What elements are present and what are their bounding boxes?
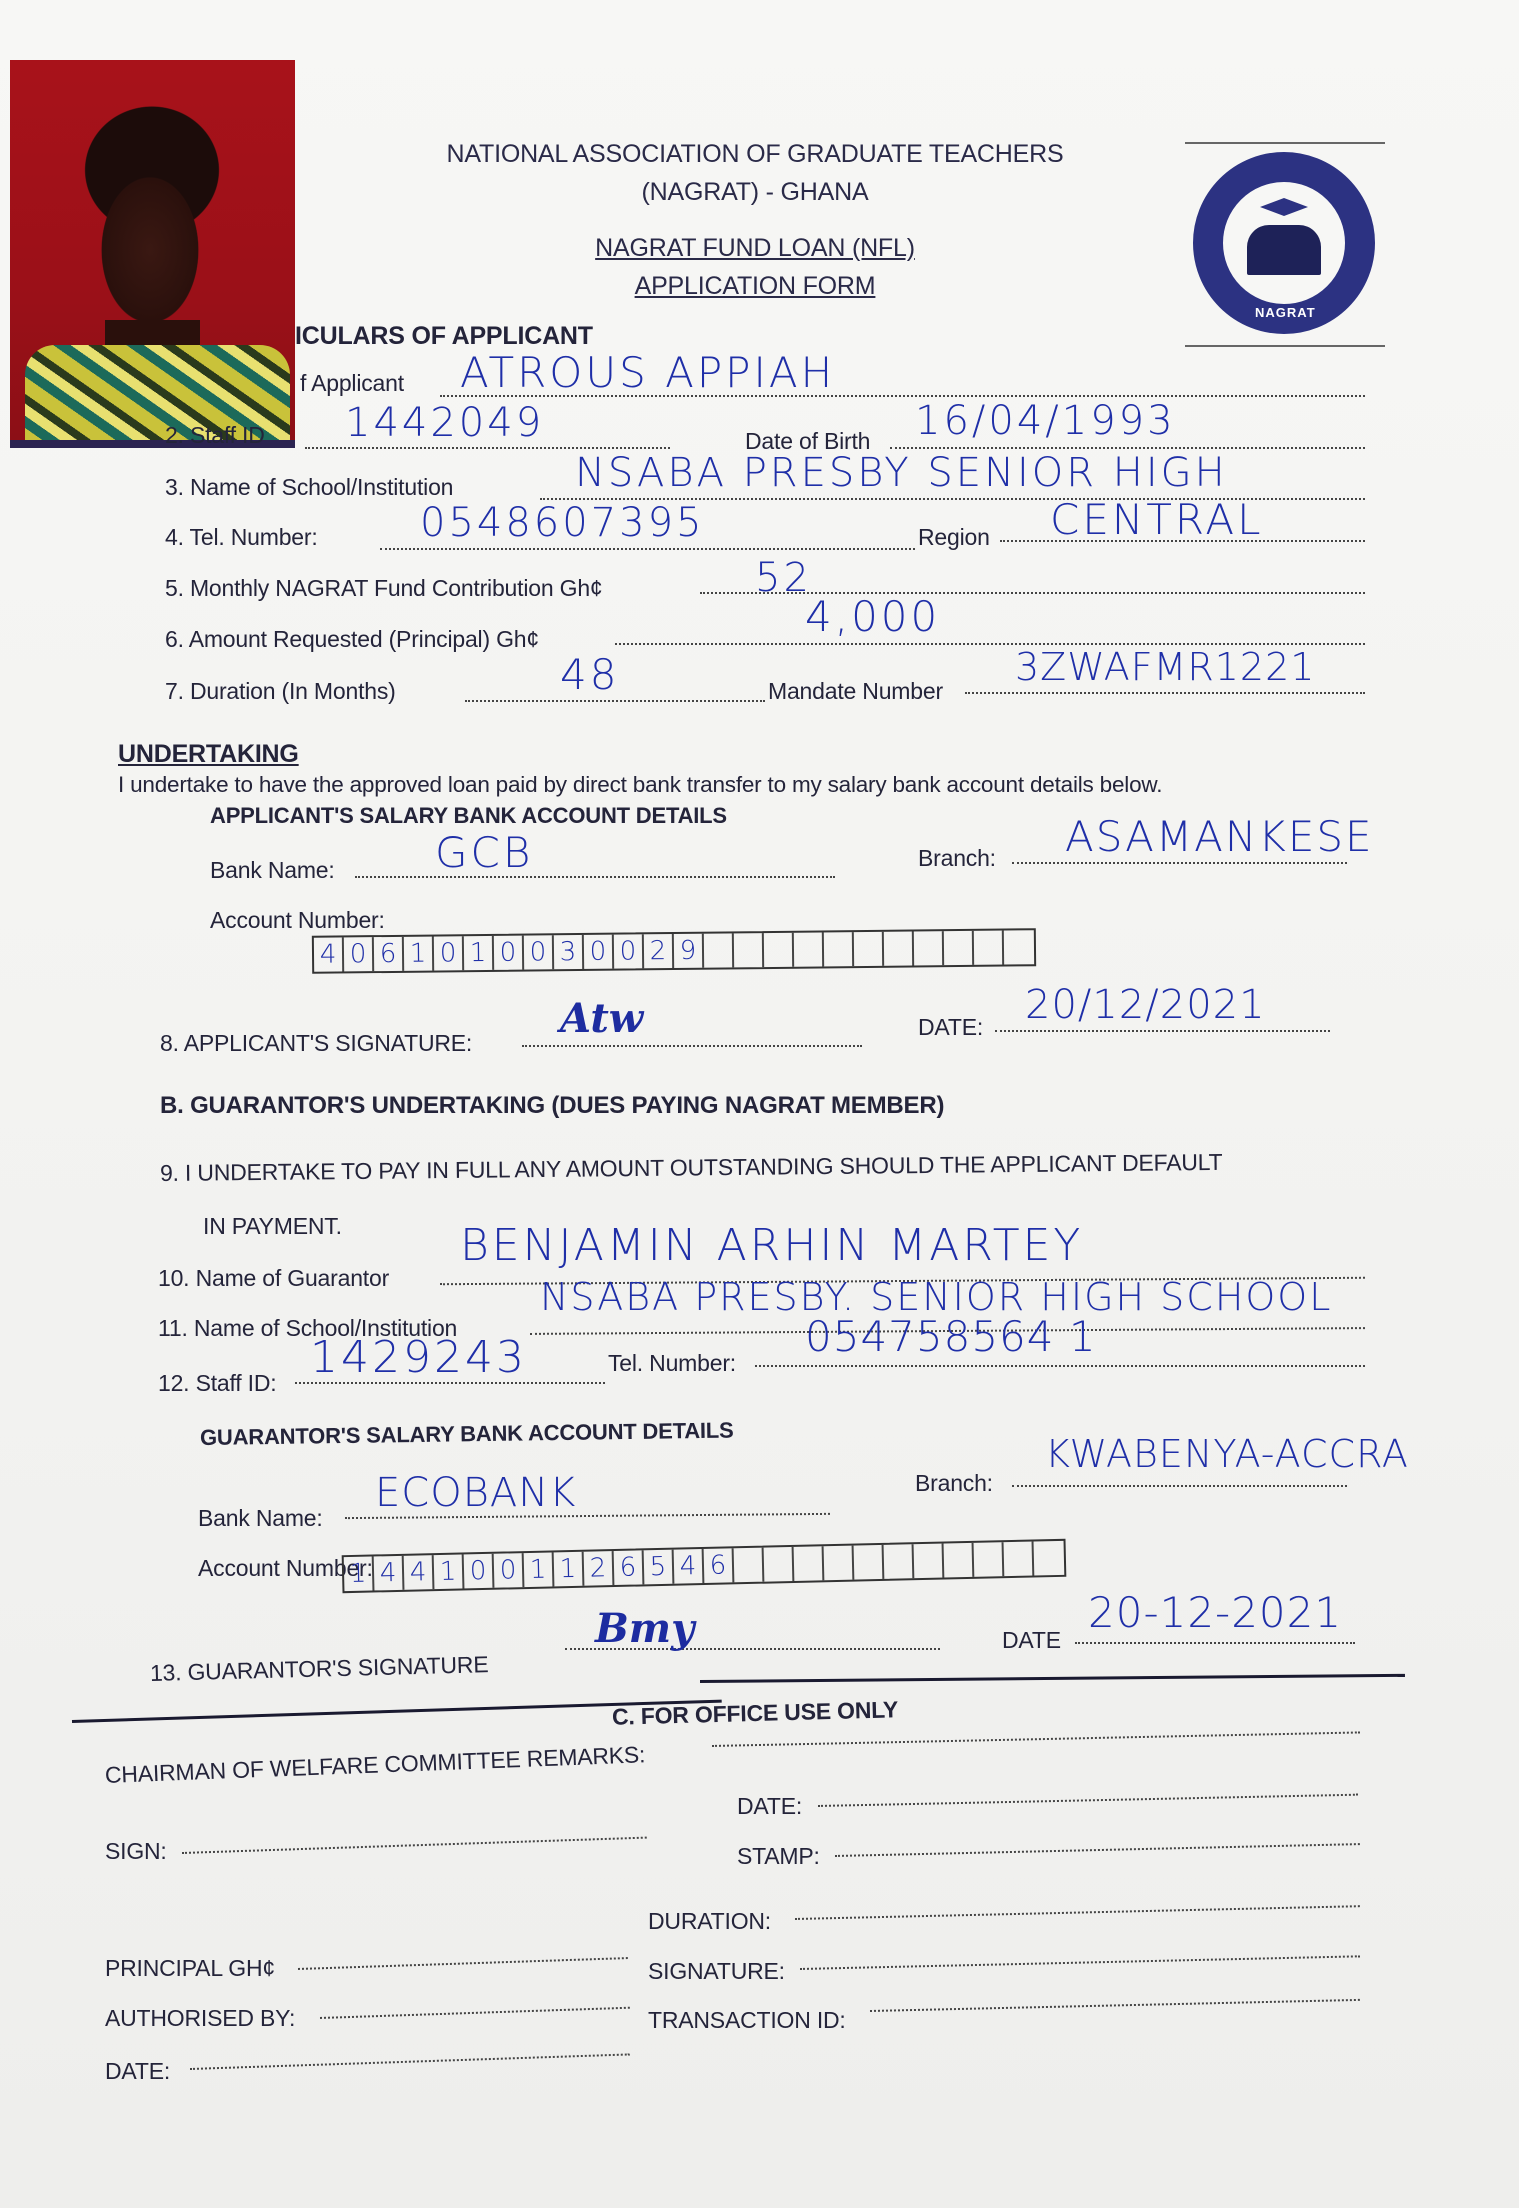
guarantor-name-field[interactable]: BENJAMIN ARHIN MARTEY — [460, 1220, 1083, 1271]
applicant-account-digit-cell[interactable]: 0 — [614, 934, 644, 968]
guarantor-date-line — [1075, 1642, 1355, 1644]
office-date-label: DATE: — [737, 1793, 802, 1820]
guarantor-account-digit-cell[interactable] — [974, 1542, 1005, 1577]
region-label: Region — [918, 524, 990, 551]
transaction-id-field[interactable] — [870, 1999, 1360, 2012]
duration-line — [465, 700, 765, 702]
branch-field[interactable]: ASAMANKESE — [1065, 812, 1374, 861]
form-header: NATIONAL ASSOCIATION OF GRADUATE TEACHER… — [400, 135, 1110, 305]
applicant-date-line — [995, 1030, 1330, 1032]
guarantor-account-digit-cell[interactable] — [734, 1548, 765, 1583]
logo-bottom-text: NAGRAT — [1255, 305, 1316, 320]
undertaking-title: UNDERTAKING — [118, 740, 299, 769]
dob-field[interactable]: 16/04/1993 — [915, 398, 1176, 444]
guarantor-date-label: DATE — [1002, 1627, 1061, 1654]
branch-label: Branch: — [918, 845, 996, 872]
branch-line — [1012, 862, 1347, 864]
authorised-by-field[interactable] — [320, 2007, 630, 2019]
logo-bottom-line — [1185, 345, 1385, 347]
guarantor-bank-heading: GUARANTOR'S SALARY BANK ACCOUNT DETAILS — [200, 1418, 734, 1451]
guarantor-name-label: 10. Name of Guarantor — [158, 1265, 389, 1292]
applicant-account-digit-cell[interactable] — [764, 933, 794, 967]
bank-name-field[interactable]: GCB — [435, 828, 533, 877]
chairman-remarks-field[interactable] — [712, 1731, 1360, 1747]
signature-office-label: SIGNATURE: — [648, 1958, 785, 1985]
guarantor-tel-line — [755, 1365, 1365, 1367]
tel-line — [380, 548, 915, 550]
loan-application-form: NATIONAL ASSOCIATION OF GRADUATE TEACHER… — [0, 0, 1519, 2208]
amount-field[interactable]: 4,000 — [805, 592, 940, 641]
sign-field[interactable] — [182, 1837, 647, 1854]
applicant-account-digit-cell[interactable]: 6 — [374, 937, 404, 971]
bank-name-label: Bank Name: — [210, 857, 335, 884]
applicant-account-digit-cell[interactable] — [704, 933, 734, 967]
guarantor-branch-line — [1012, 1485, 1347, 1487]
applicant-account-digit-cell[interactable] — [854, 932, 884, 966]
mandate-label: Mandate Number — [768, 678, 943, 705]
mandate-field[interactable]: 3ZWAFMR1221 — [1015, 645, 1315, 689]
applicant-account-digit-cell[interactable]: 0 — [494, 936, 524, 970]
guarantor-account-digit-cell[interactable] — [824, 1546, 855, 1581]
applicant-account-digit-cell[interactable] — [944, 931, 974, 965]
account-number-label: Account Number: — [210, 907, 385, 934]
principal-label: PRINCIPAL GH¢ — [105, 1955, 275, 1982]
mandate-line — [965, 692, 1365, 694]
guarantor-signature-label: 13. GUARANTOR'S SIGNATURE — [150, 1651, 489, 1687]
guarantor-account-digit-cell[interactable]: 0 — [494, 1553, 525, 1588]
form-subtitle: APPLICATION FORM — [400, 267, 1110, 305]
guarantor-account-digit-cell[interactable] — [794, 1546, 825, 1581]
duration-label: 7. Duration (In Months) — [165, 678, 396, 705]
amount-label: 6. Amount Requested (Principal) Gh¢ — [165, 626, 539, 653]
guarantor-bank-name-field[interactable]: ECOBANK — [375, 1470, 576, 1516]
transaction-id-label: TRANSACTION ID: — [648, 2007, 846, 2034]
applicant-account-digit-cell[interactable]: 0 — [434, 936, 464, 970]
guarantor-date-field[interactable]: 20-12-2021 — [1088, 1588, 1342, 1637]
applicant-account-digit-cell[interactable]: 0 — [584, 935, 614, 969]
dob-line — [890, 447, 1365, 449]
school-label: 3. Name of School/Institution — [165, 474, 453, 501]
guarantor-account-number-grid[interactable]: 1441001126546 — [342, 1539, 1067, 1593]
chairman-remarks-label: CHAIRMAN OF WELFARE COMMITTEE REMARKS: — [104, 1741, 645, 1789]
guarantor-account-digit-cell[interactable] — [884, 1544, 915, 1579]
applicant-account-digit-cell[interactable]: 0 — [524, 935, 554, 969]
guarantor-account-digit-cell[interactable]: 4 — [674, 1549, 705, 1584]
undertaking-text: I undertake to have the approved loan pa… — [118, 772, 1162, 798]
applicant-photo — [10, 60, 295, 440]
guarantor-staff-id-label: 12. Staff ID: — [158, 1370, 276, 1397]
region-field[interactable]: CENTRAL — [1050, 495, 1264, 544]
applicant-account-digit-cell[interactable]: 9 — [674, 934, 704, 968]
form-title: NAGRAT FUND LOAN (NFL) — [400, 229, 1110, 267]
applicant-account-digit-cell[interactable]: 0 — [344, 937, 374, 971]
applicant-account-digit-cell[interactable] — [914, 931, 944, 965]
guarantor-account-digit-cell[interactable]: 0 — [464, 1554, 495, 1589]
guarantor-tel-label: Tel. Number: — [608, 1350, 736, 1377]
guarantor-branch-label: Branch: — [915, 1470, 993, 1497]
staff-id-field[interactable]: 1442049 — [345, 400, 544, 446]
applicant-date-label: DATE: — [918, 1014, 983, 1041]
applicant-account-digit-cell[interactable] — [734, 933, 764, 967]
duration-field[interactable]: 48 — [560, 650, 619, 699]
guarantor-account-digit-cell[interactable] — [1004, 1542, 1035, 1577]
guarantor-account-digit-cell[interactable]: 4 — [404, 1555, 435, 1590]
authorised-by-label: AUTHORISED BY: — [105, 2005, 295, 2032]
principal-field[interactable] — [298, 1957, 628, 1970]
guarantor-account-digit-cell[interactable] — [764, 1547, 795, 1582]
applicant-account-number-grid[interactable]: 4061010030029 — [312, 928, 1036, 974]
section-divider-right — [700, 1674, 1405, 1683]
applicant-bank-heading: APPLICANT'S SALARY BANK ACCOUNT DETAILS — [210, 803, 727, 829]
guarantor-account-digit-cell[interactable] — [854, 1545, 885, 1580]
staff-id-line — [305, 447, 670, 449]
applicant-account-digit-cell[interactable] — [824, 932, 854, 966]
guarantor-account-digit-cell[interactable] — [1034, 1541, 1065, 1576]
applicant-signature[interactable]: Atw — [560, 995, 643, 1042]
office-date-field[interactable] — [818, 1794, 1358, 1807]
applicant-name-field[interactable]: ATROUS APPIAH — [460, 348, 835, 397]
stamp-field[interactable] — [835, 1843, 1360, 1857]
guarantor-account-digit-cell[interactable] — [944, 1543, 975, 1578]
signature-office-field[interactable] — [800, 1955, 1360, 1970]
guarantor-account-digit-cell[interactable]: 1 — [434, 1554, 465, 1589]
tel-field[interactable]: 0548607395 — [420, 500, 705, 546]
guarantor-account-digit-cell[interactable]: 2 — [584, 1551, 615, 1586]
guarantor-statement: 9. I UNDERTAKE TO PAY IN FULL ANY AMOUNT… — [160, 1149, 1223, 1187]
logo-top-line — [1185, 142, 1385, 144]
guarantor-account-digit-cell[interactable]: 1 — [554, 1552, 585, 1587]
contribution-field[interactable]: 52 — [755, 555, 812, 601]
guarantor-branch-field[interactable]: KWABENYA-ACCRA — [1045, 1432, 1409, 1476]
applicant-account-digit-cell[interactable]: 1 — [404, 937, 434, 971]
duration-office-label: DURATION: — [648, 1908, 771, 1935]
guarantor-tel-field[interactable]: 054758564 1 — [805, 1312, 1097, 1361]
applicant-account-digit-cell[interactable] — [974, 931, 1004, 965]
applicant-account-digit-cell[interactable] — [794, 932, 824, 966]
staff-id-label: 2. Staff ID — [165, 422, 265, 449]
applicant-account-digit-cell[interactable]: 1 — [464, 936, 494, 970]
guarantor-account-digit-cell[interactable]: 1 — [344, 1556, 375, 1591]
book-icon — [1247, 225, 1321, 275]
applicant-signature-line — [522, 1045, 862, 1047]
duration-office-field[interactable] — [795, 1905, 1360, 1920]
tel-label: 4. Tel. Number: — [165, 524, 318, 551]
guarantor-account-digit-cell[interactable]: 6 — [614, 1550, 645, 1585]
applicant-account-digit-cell[interactable]: 3 — [554, 935, 584, 969]
guarantor-account-digit-cell[interactable]: 6 — [704, 1548, 735, 1583]
applicant-date-field[interactable]: 20/12/2021 — [1025, 982, 1266, 1028]
applicant-name-label: f Applicant — [300, 370, 404, 397]
guarantor-account-digit-cell[interactable]: 5 — [644, 1550, 675, 1585]
office-date2-field[interactable] — [190, 2053, 630, 2070]
org-name: NATIONAL ASSOCIATION OF GRADUATE TEACHER… — [400, 135, 1110, 173]
sign-label: SIGN: — [105, 1838, 167, 1865]
section-b-title: B. GUARANTOR'S UNDERTAKING (DUES PAYING … — [160, 1092, 944, 1120]
stamp-label: STAMP: — [737, 1843, 820, 1870]
contribution-label: 5. Monthly NAGRAT Fund Contribution Gh¢ — [165, 575, 603, 602]
guarantor-account-digit-cell[interactable] — [914, 1544, 945, 1579]
guarantor-signature[interactable]: Bmy — [595, 1605, 694, 1652]
guarantor-account-digit-cell[interactable]: 1 — [524, 1552, 555, 1587]
nagrat-logo: NAGRAT — [1185, 140, 1385, 350]
guarantor-statement-line2: IN PAYMENT. — [203, 1213, 342, 1240]
applicant-account-digit-cell[interactable]: 4 — [314, 937, 344, 971]
guarantor-staff-id-field[interactable]: 1429243 — [310, 1332, 527, 1383]
school-field[interactable]: NSABA PRESBY SENIOR HIGH — [575, 450, 1228, 496]
bank-name-line — [355, 876, 835, 878]
applicant-account-digit-cell[interactable]: 2 — [644, 934, 674, 968]
org-name-line2: (NAGRAT) - GHANA — [400, 173, 1110, 211]
applicant-account-digit-cell[interactable] — [1004, 930, 1034, 964]
applicant-signature-label: 8. APPLICANT'S SIGNATURE: — [160, 1030, 472, 1057]
guarantor-account-digit-cell[interactable]: 4 — [374, 1556, 405, 1591]
office-date2-label: DATE: — [105, 2058, 170, 2085]
section-a-title: ICULARS OF APPLICANT — [295, 322, 593, 351]
guarantor-bank-name-label: Bank Name: — [198, 1505, 323, 1532]
applicant-account-digit-cell[interactable] — [884, 931, 914, 965]
